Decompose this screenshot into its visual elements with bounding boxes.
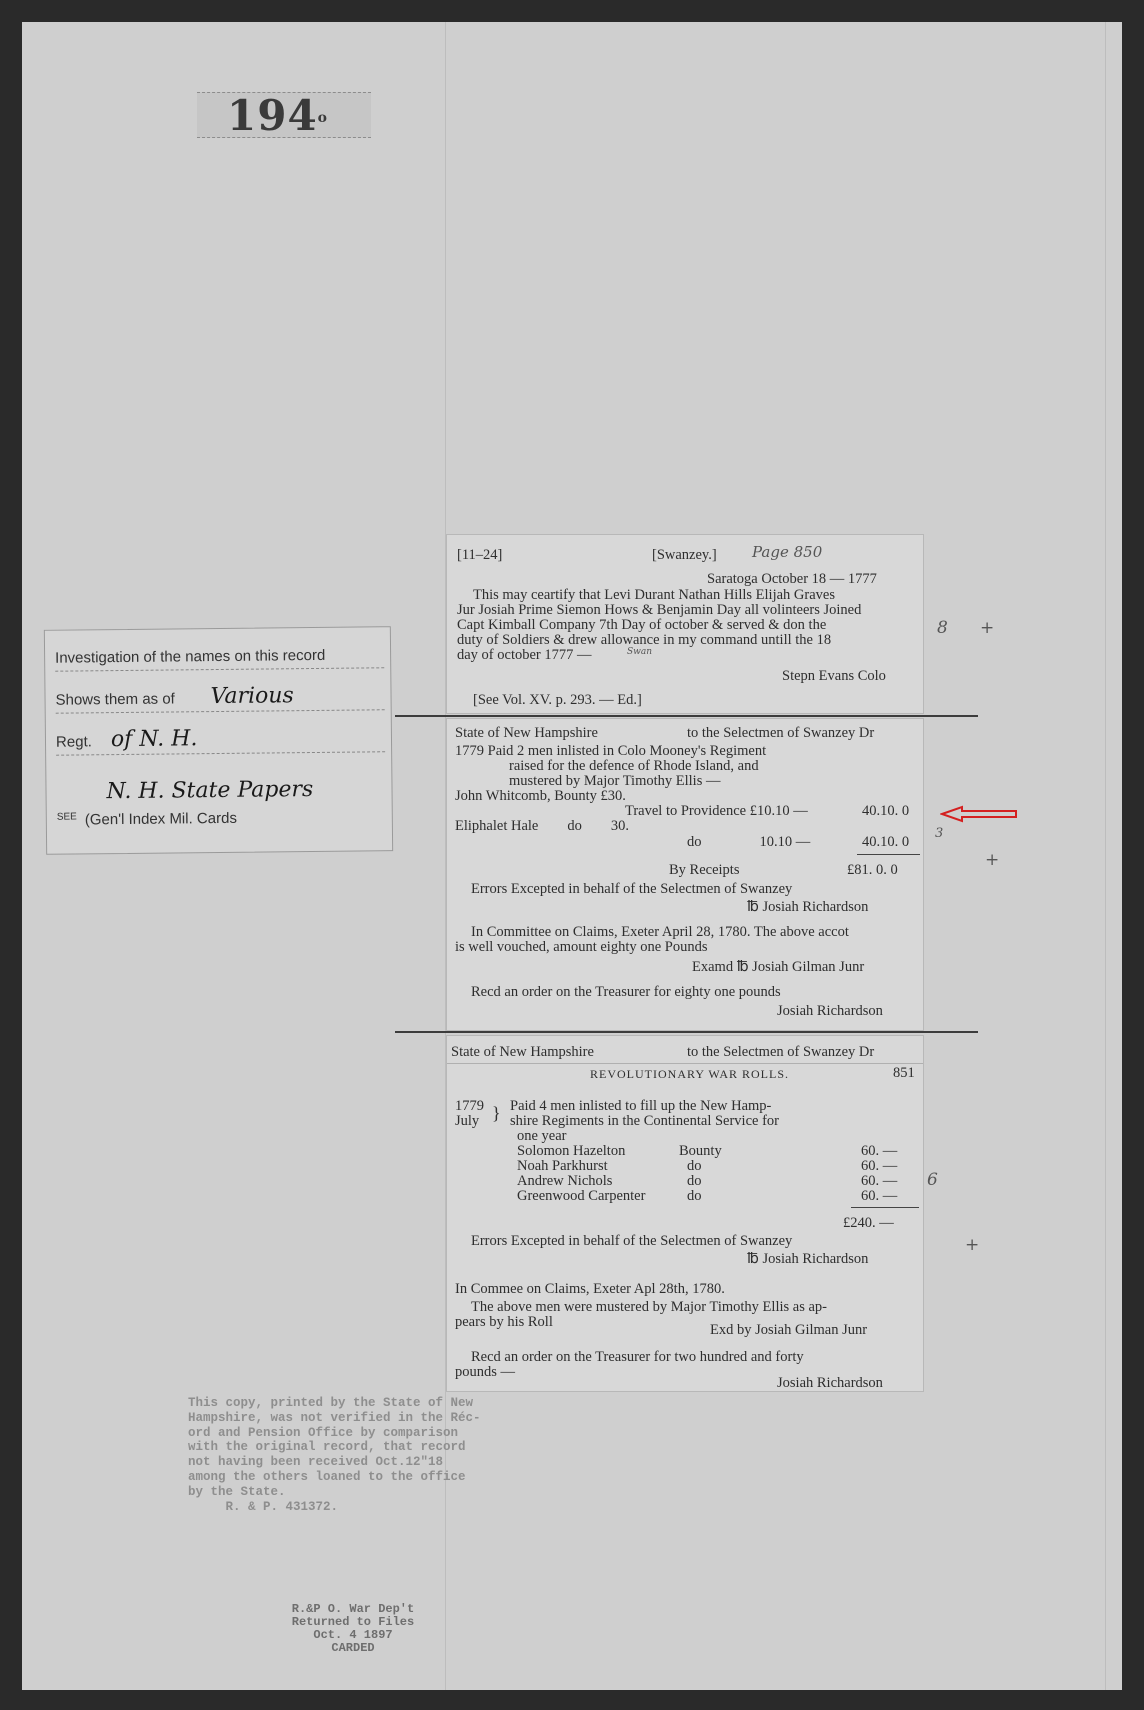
card-hand-regt: of N. H. [111,726,198,752]
received-order-line: Recd an order on the Treasurer for eight… [471,984,781,1000]
fold-crease-right [1105,22,1106,1690]
card-label-shows: Shows them as of [55,690,174,708]
account-intro-line: shire Regiments in the Continental Servi… [510,1113,779,1129]
card-label-see: SEE [57,811,77,822]
card-row-4: N. H. State Papers [56,753,385,796]
errors-excepted-line: Errors Excepted in behalf of the Selectm… [471,881,792,897]
soldier-name: Solomon Hazelton [517,1143,625,1159]
soldier-payment-type: do [687,1158,702,1174]
entry-detail: do 10.10 — [687,834,810,850]
entry-name: John Whitcomb, Bounty £30. [455,788,626,804]
red-arrow-annotation-icon [940,805,1020,823]
certificate-body-line: Capt Kimball Company 7th Day of october … [457,617,826,633]
card-row-1: Investigation of the names on this recor… [55,627,384,671]
soldier-name: Andrew Nichols [517,1173,612,1189]
signature-gilman: Examd ℔ Josiah Gilman Junr [692,959,864,975]
soldier-name: Noah Parkhurst [517,1158,608,1174]
account-intro-line: one year [517,1128,567,1144]
signature-richardson: Josiah Richardson [777,1003,883,1019]
stamp-line: CARDED [283,1642,423,1655]
entry-total: 40.10. 0 [862,803,909,819]
stamp-line: Hampshire, was not verified in the Réc- [188,1411,481,1426]
signature-gilman: Exd by Josiah Gilman Junr [710,1322,867,1338]
received-order-line: pounds — [455,1364,515,1380]
divider-rule [395,715,978,717]
account-header-left: State of New Hampshire [455,725,598,741]
soldier-amount: 60. — [861,1143,897,1159]
handwritten-page-note: Page 850 [752,543,822,561]
muster-line: The above men were mustered by Major Tim… [471,1299,827,1315]
muster-line: pears by his Roll [455,1314,553,1330]
page-number-stamp: 194o [197,92,371,138]
stamp-line: This copy, printed by the State of New [188,1396,481,1411]
account-intro-line: raised for the defence of Rhode Island, … [509,758,759,774]
clipping-account-1779: State of New Hampshire to the Selectmen … [446,718,924,1031]
page-stamp-suffix: o [318,110,328,126]
date-brace: } [492,1098,501,1128]
entry-total: 40.10. 0 [862,834,909,850]
margin-note: 6 [927,1170,938,1190]
stamp-line: by the State. [188,1485,481,1500]
soldier-payment-type: Bounty [679,1143,722,1159]
card-label-regt: Regt. [56,733,92,750]
soldier-amount: 60. — [861,1158,897,1174]
account-header-right: to the Selectmen of Swanzey Dr [687,1044,874,1060]
certificate-body-line: duty of Soldiers & drew allowance in my … [457,632,831,648]
clipping-seam [447,1063,923,1064]
clipping-account-july-1779: State of New Hampshire to the Selectmen … [446,1035,924,1392]
reference-number: [11–24] [457,547,502,563]
date-year: 1779 [455,1098,484,1114]
account-intro-line: mustered by Major Timothy Ellis — [509,773,720,789]
stamp-line: R. & P. 431372. [188,1500,481,1515]
margin-note: + [980,618,994,638]
card-label-investigation: Investigation of the names on this recor… [55,647,325,667]
soldier-amount: 60. — [861,1188,897,1204]
total-amount: £240. — [843,1215,894,1231]
editor-note: [See Vol. XV. p. 293. — Ed.] [473,692,642,708]
margin-note: + [985,850,999,870]
signature-evans: Stepn Evans Colo [782,668,886,684]
committee-line: In Committee on Claims, Exeter April 28,… [471,924,849,940]
card-row-3: Regt. of N. H. [56,711,385,755]
margin-note: + [965,1235,979,1255]
card-row-5: SEE (Gen'l Index Mil. Cards [57,793,386,836]
handwritten-swan-note: Swan [627,647,652,657]
received-order-line: Recd an order on the Treasurer for two h… [471,1349,804,1365]
receipts-label: By Receipts [669,862,739,878]
stamp-line: among the others loaned to the office [188,1470,481,1485]
verification-stamp: This copy, printed by the State of NewHa… [188,1396,481,1514]
sum-underline [851,1207,919,1208]
card-label-index: (Gen'l Index Mil. Cards [85,810,237,829]
town-heading: [Swanzey.] [652,547,717,563]
entry-detail: Travel to Providence £10.10 — [625,803,808,819]
account-header-right: to the Selectmen of Swanzey Dr [687,725,874,741]
card-hand-various: Various [210,683,294,709]
soldier-name: Greenwood Carpenter [517,1188,645,1204]
soldier-amount: 60. — [861,1173,897,1189]
page-stamp-number: 194 [227,91,318,140]
soldier-payment-type: do [687,1173,702,1189]
dateline: Saratoga October 18 — 1777 [707,571,877,587]
account-header-left: State of New Hampshire [451,1044,594,1060]
errors-excepted-line: Errors Excepted in behalf of the Selectm… [471,1233,792,1249]
entry-name: Eliphalet Hale do 30. [455,818,629,834]
signature-richardson: ℔ Josiah Richardson [747,899,868,915]
index-card: Investigation of the names on this recor… [44,626,393,855]
account-intro-line: 1779 Paid 2 men inlisted in Colo Mooney'… [455,743,766,759]
committee-line: In Commee on Claims, Exeter Apl 28th, 17… [455,1281,725,1297]
stamp-line: not having been received Oct.12"18 [188,1455,481,1470]
signature-richardson: Josiah Richardson [777,1375,883,1391]
clipping-certificate: [11–24] [Swanzey.] Page 850 Saratoga Oct… [446,534,924,714]
divider-rule [395,1031,978,1033]
signature-richardson: ℔ Josiah Richardson [747,1251,868,1267]
margin-note: 8 [937,618,948,638]
stamp-line: with the original record, that record [188,1440,481,1455]
printed-page-number: 851 [893,1065,915,1081]
certificate-body-line: This may ceartify that Levi Durant Natha… [473,587,835,603]
certificate-body-line: Jur Josiah Prime Siemon Hows & Benjamin … [457,602,861,618]
sum-underline [857,854,920,855]
date-month: July [455,1113,479,1129]
account-intro-line: Paid 4 men inlisted to fill up the New H… [510,1098,771,1114]
margin-note: 3 [935,826,943,841]
card-row-2: Shows them as of Various [55,669,384,713]
committee-line: is well vouched, amount eighty one Pound… [455,939,708,955]
certificate-body-line: day of october 1777 — [457,647,592,663]
stamp-line: ord and Pension Office by comparison [188,1426,481,1441]
receipts-total: £81. 0. 0 [847,862,898,878]
returned-to-files-stamp: R.&P O. War Dep'tReturned to FilesOct. 4… [283,1603,423,1655]
running-head: REVOLUTIONARY WAR ROLLS. [590,1066,789,1082]
soldier-payment-type: do [687,1188,702,1204]
